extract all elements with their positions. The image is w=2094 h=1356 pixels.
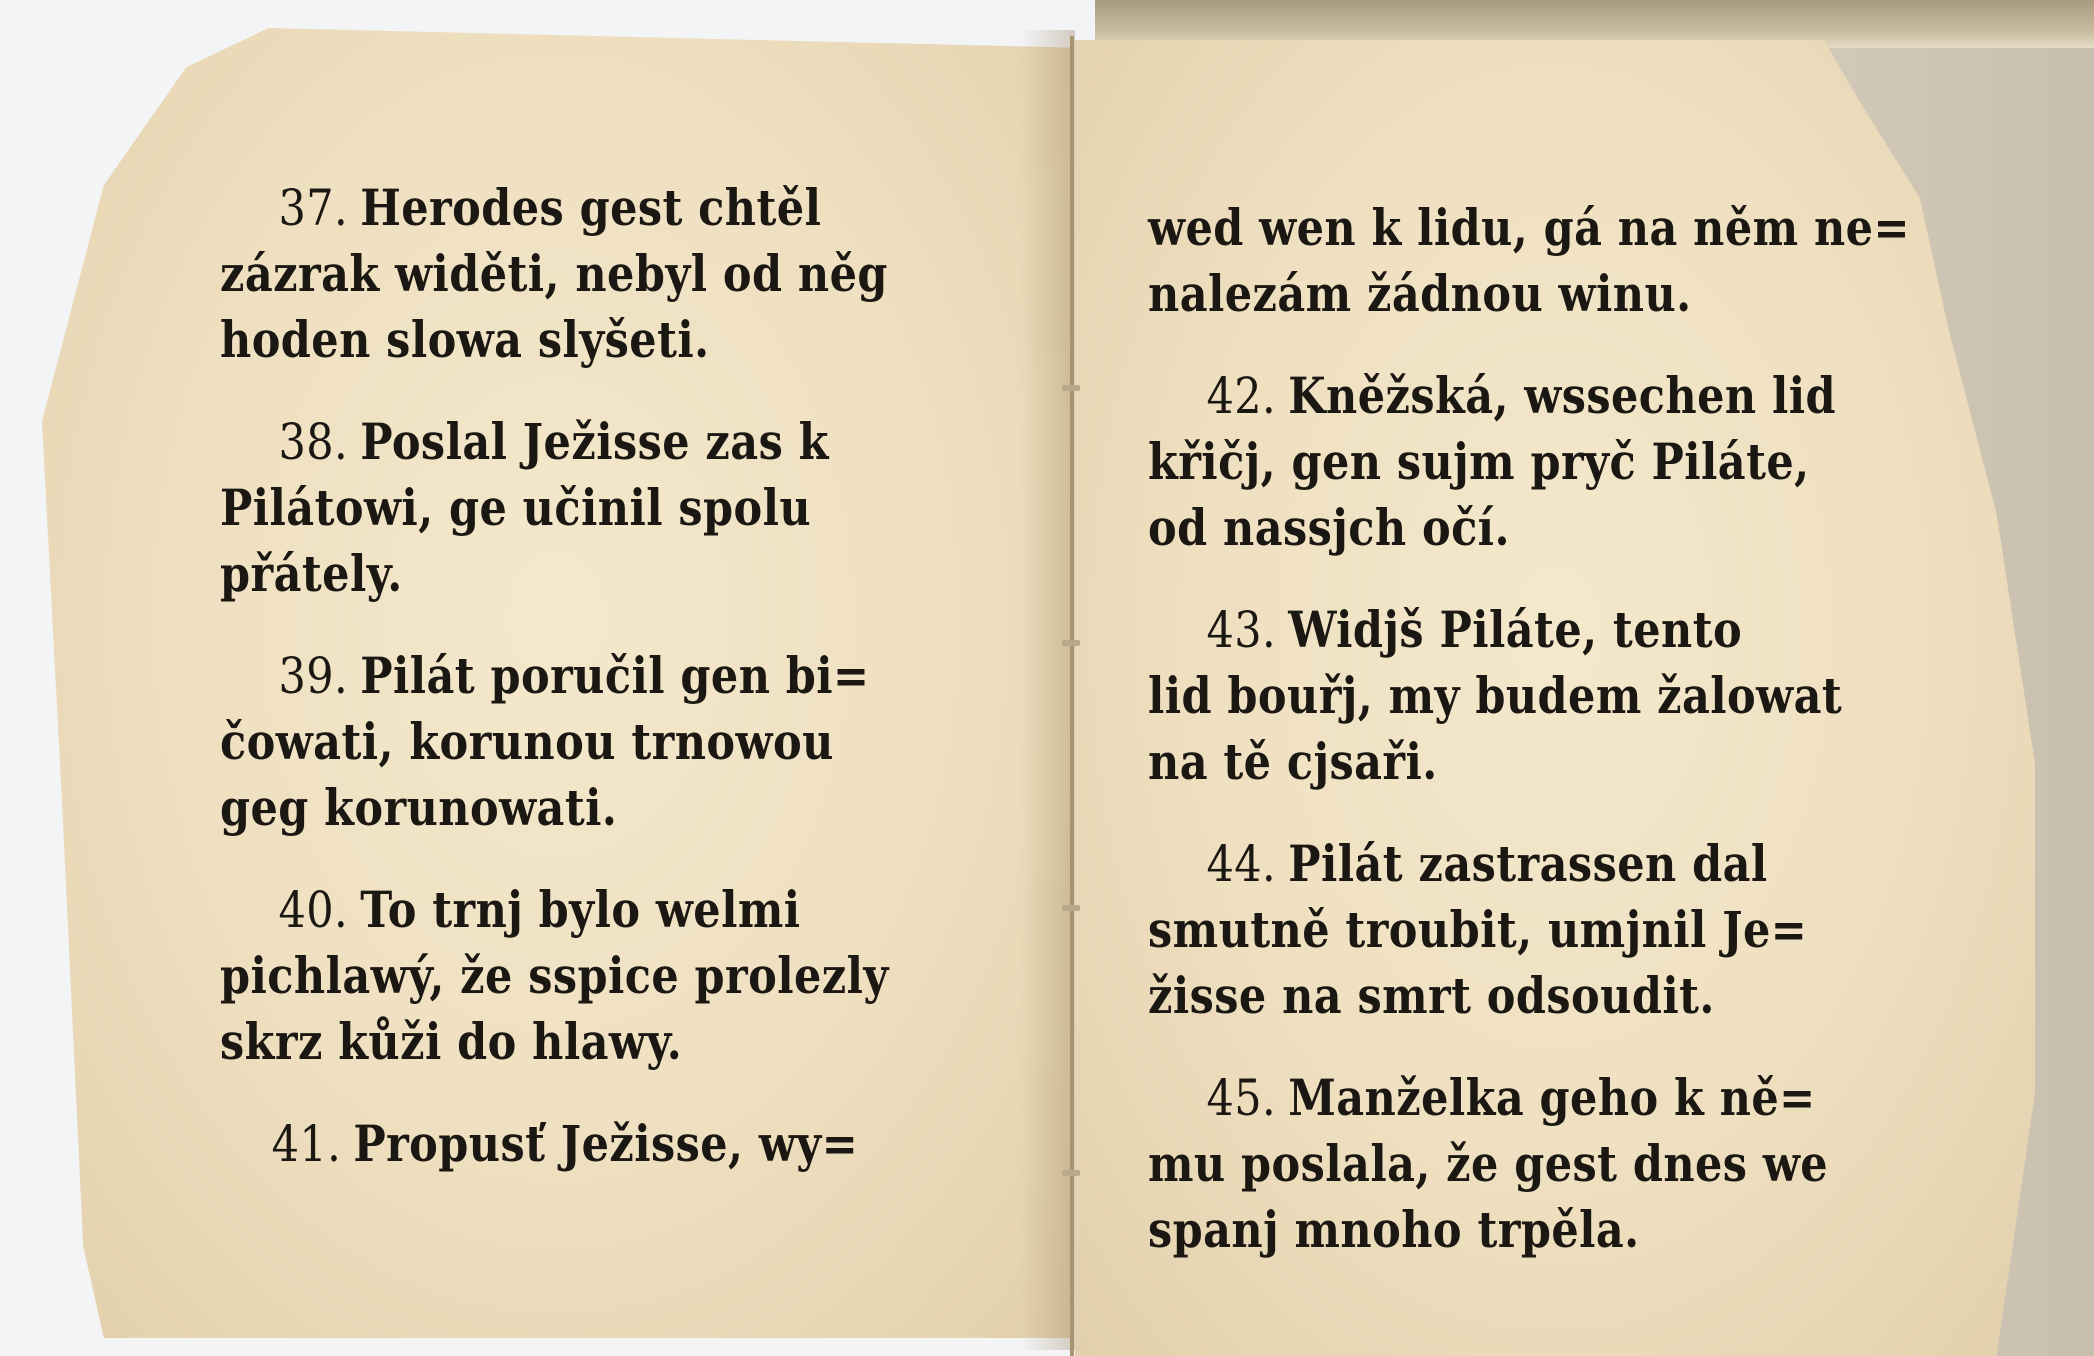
verse-43: 43.Widjš Piláte, tento lid bouřj, my bud… [1148,597,1908,795]
binding-stitch [1062,905,1080,911]
verse-line: Pilát poručil gen bi= [360,646,869,705]
verse-number: 41. [272,1115,342,1173]
verse-45: 45.Manželka geho k ně= mu poslala, že ge… [1148,1065,1908,1263]
verse-line: Pilát zastrassen dal [1288,834,1767,893]
verse-line: přátely. [220,541,882,607]
verse-number: 37. [278,179,348,237]
verse-line: Pilátowi, ge učinil spolu [220,475,882,541]
verse-40: 40.To trnj bylo welmi pichlawý, že sspic… [220,877,990,1075]
verse-44: 44.Pilát zastrassen dal smutně troubit, … [1148,831,1908,1029]
verse-line: křičj, gen sujm pryč Piláte, [1148,429,1802,495]
verse-number: 44. [1206,835,1276,893]
verse-number: 43. [1206,601,1276,659]
verse-line: Poslal Ježisse zas k [360,412,829,471]
verse-38: 38.Poslal Ježisse zas k Pilátowi, ge uči… [220,409,990,607]
verse-line: hoden slowa slyšeti. [220,307,882,373]
verse-line: od nassjch očí. [1148,495,1802,561]
verse-line: skrz kůži do hlawy. [220,1009,882,1075]
verse-37: 37.Herodes gest chtěl zázrak widěti, neb… [220,175,990,373]
verse-line: lid bouřj, my budem žalowat [1148,663,1802,729]
verse-line: nalezám žádnou winu. [1148,261,1802,327]
verse-number: 38. [278,413,348,471]
verse-number: 39. [278,647,348,705]
verse-line: Kněžská, wssechen lid [1288,366,1836,425]
verse-line: Herodes gest chtěl [360,178,821,237]
verse-line: smutně troubit, umjnil Je= [1148,897,1802,963]
binding-stitch [1062,385,1080,391]
verse-line: Widjš Piláte, tento [1288,600,1742,659]
left-page-text: 37.Herodes gest chtěl zázrak widěti, neb… [220,175,990,1213]
right-page-text: wed wen k lidu, gá na něm ne= nalezám žá… [1148,195,1908,1299]
verse-line: geg korunowati. [220,775,882,841]
verse-line: wed wen k lidu, gá na něm ne= [1148,195,1802,261]
verse-number: 45. [1206,1069,1276,1127]
verse-number: 42. [1206,367,1276,425]
verse-line: To trnj bylo welmi [360,880,800,939]
binding-stitch [1062,1170,1080,1176]
verse-line: čowati, korunou trnowou [220,709,882,775]
verse-line: Propusť Ježisse, wy= [353,1114,858,1173]
verse-line: mu poslala, že gest dnes we [1148,1131,1802,1197]
verse-line: žisse na smrt odsoudit. [1148,963,1802,1029]
verse-41: 41.Propusť Ježisse, wy= [220,1111,990,1177]
binding-stitch [1062,640,1080,646]
verse-42: 42.Kněžská, wssechen lid křičj, gen sujm… [1148,363,1908,561]
book-gutter [1070,36,1074,1356]
verse-39: 39.Pilát poručil gen bi= čowati, korunou… [220,643,990,841]
verse-line: spanj mnoho trpěla. [1148,1197,1802,1263]
verse-line: na tě cjsaři. [1148,729,1802,795]
verse-number: 40. [278,881,348,939]
gutter-shadow [1020,30,1075,1350]
verse-line: pichlawý, že sspice prolezly [220,943,882,1009]
verse-41-continuation: wed wen k lidu, gá na něm ne= nalezám žá… [1148,195,1908,327]
verse-line: zázrak widěti, nebyl od něg [220,241,882,307]
verse-line: Manželka geho k ně= [1288,1068,1815,1127]
